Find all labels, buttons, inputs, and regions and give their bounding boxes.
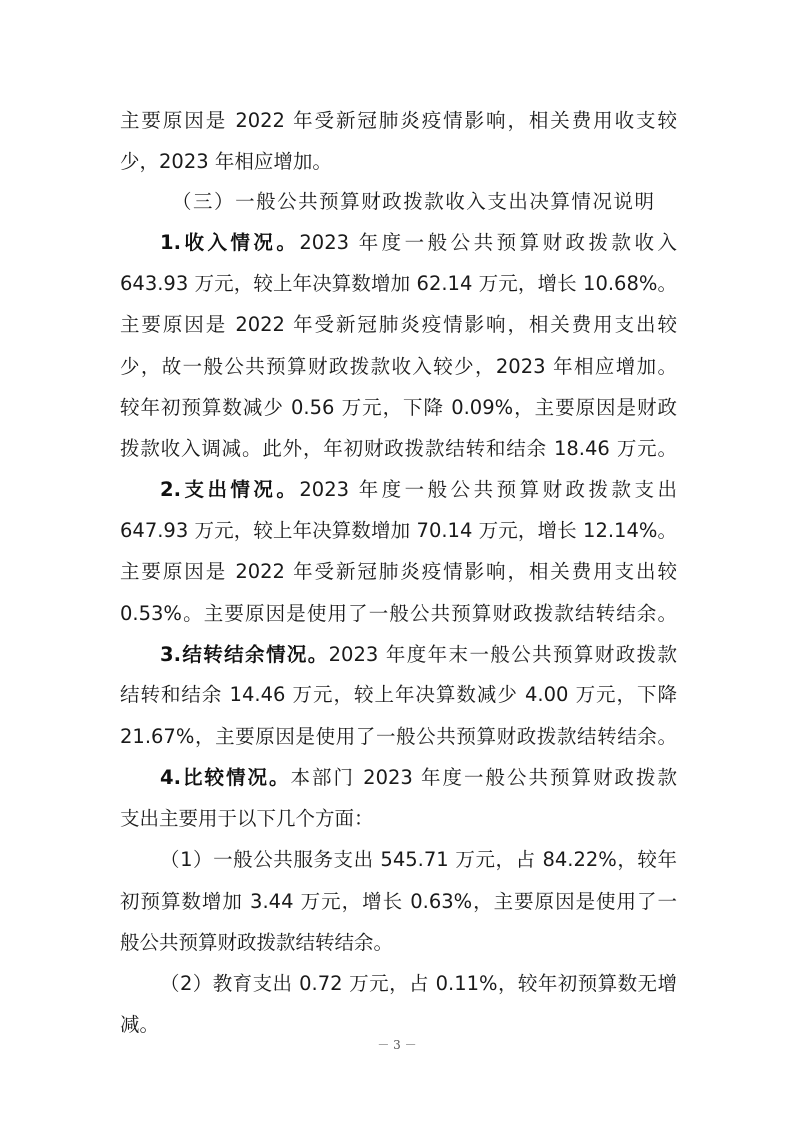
subsection-line-comparison: 4.比较情况。本部门 2023 年度一般公共预算财政拨款 bbox=[160, 763, 677, 793]
paragraph-line: 21.67%，主要原因是使用了一般公共预算财政拨款结转结余。 bbox=[120, 722, 677, 752]
paragraph-line: 支出主要用于以下几个方面： bbox=[120, 804, 677, 834]
paragraph-line: 主要原因是 2022 年受新冠肺炎疫情影响，相关费用支出较 bbox=[120, 310, 677, 340]
paragraph-line: 643.93 万元，较上年决算数增加 62.14 万元，增长 10.68%。 bbox=[120, 269, 677, 299]
paragraph-line: 少，故一般公共预算财政拨款收入较少，2023 年相应增加。 bbox=[120, 352, 677, 382]
subsection-text: 本部门 2023 年度一般公共预算财政拨款 bbox=[290, 766, 677, 789]
section-heading: （三）一般公共预算财政拨款收入支出决算情况说明 bbox=[172, 187, 654, 217]
list-item-line: （1）一般公共服务支出 545.71 万元，占 84.22%，较年 bbox=[160, 845, 677, 875]
subsection-heading-carryover: 3.结转结余情况。 bbox=[160, 643, 329, 666]
paragraph-line: 少，2023 年相应增加。 bbox=[120, 147, 677, 177]
paragraph-line: 结转和结余 14.46 万元，较上年决算数减少 4.00 万元，下降 bbox=[120, 680, 677, 710]
paragraph-line: 般公共预算财政拨款结转结余。 bbox=[120, 928, 677, 958]
subsection-text: 2023 年度年末一般公共预算财政拨款 bbox=[329, 643, 677, 666]
subsection-line-carryover: 3.结转结余情况。2023 年度年末一般公共预算财政拨款 bbox=[160, 640, 677, 670]
paragraph-line: 主要原因是 2022 年受新冠肺炎疫情影响，相关费用收支较 bbox=[120, 106, 677, 136]
subsection-text: 2023 年度一般公共预算财政拨款支出 bbox=[299, 478, 677, 501]
paragraph-line: 647.93 万元，较上年决算数增加 70.14 万元，增长 12.14%。 bbox=[120, 516, 677, 546]
paragraph-line: 较年初预算数减少 0.56 万元，下降 0.09%，主要原因是财政 bbox=[120, 393, 677, 423]
subsection-text: 2023 年度一般公共预算财政拨款收入 bbox=[299, 231, 677, 254]
list-item-line: （2）教育支出 0.72 万元，占 0.11%，较年初预算数无增 bbox=[160, 969, 677, 999]
document-page: 主要原因是 2022 年受新冠肺炎疫情影响，相关费用收支较 少，2023 年相应… bbox=[0, 0, 794, 1123]
subsection-line-expenditure: 2.支出情况。2023 年度一般公共预算财政拨款支出 bbox=[160, 475, 677, 505]
paragraph-line: 拨款收入调减。此外，年初财政拨款结转和结余 18.46 万元。 bbox=[120, 434, 677, 464]
paragraph-line: 主要原因是 2022 年受新冠肺炎疫情影响，相关费用支出较 bbox=[120, 557, 677, 587]
subsection-heading-comparison: 4.比较情况。 bbox=[160, 766, 290, 789]
paragraph-line: 初预算数增加 3.44 万元，增长 0.63%，主要原因是使用了一 bbox=[120, 887, 677, 917]
subsection-heading-expenditure: 2.支出情况。 bbox=[160, 478, 299, 501]
subsection-heading-income: 1.收入情况。 bbox=[160, 231, 299, 254]
paragraph-line: 0.53%。主要原因是使用了一般公共预算财政拨款结转结余。 bbox=[120, 599, 677, 629]
subsection-line-income: 1.收入情况。2023 年度一般公共预算财政拨款收入 bbox=[160, 228, 677, 258]
page-number: － 3 － bbox=[0, 1036, 794, 1053]
